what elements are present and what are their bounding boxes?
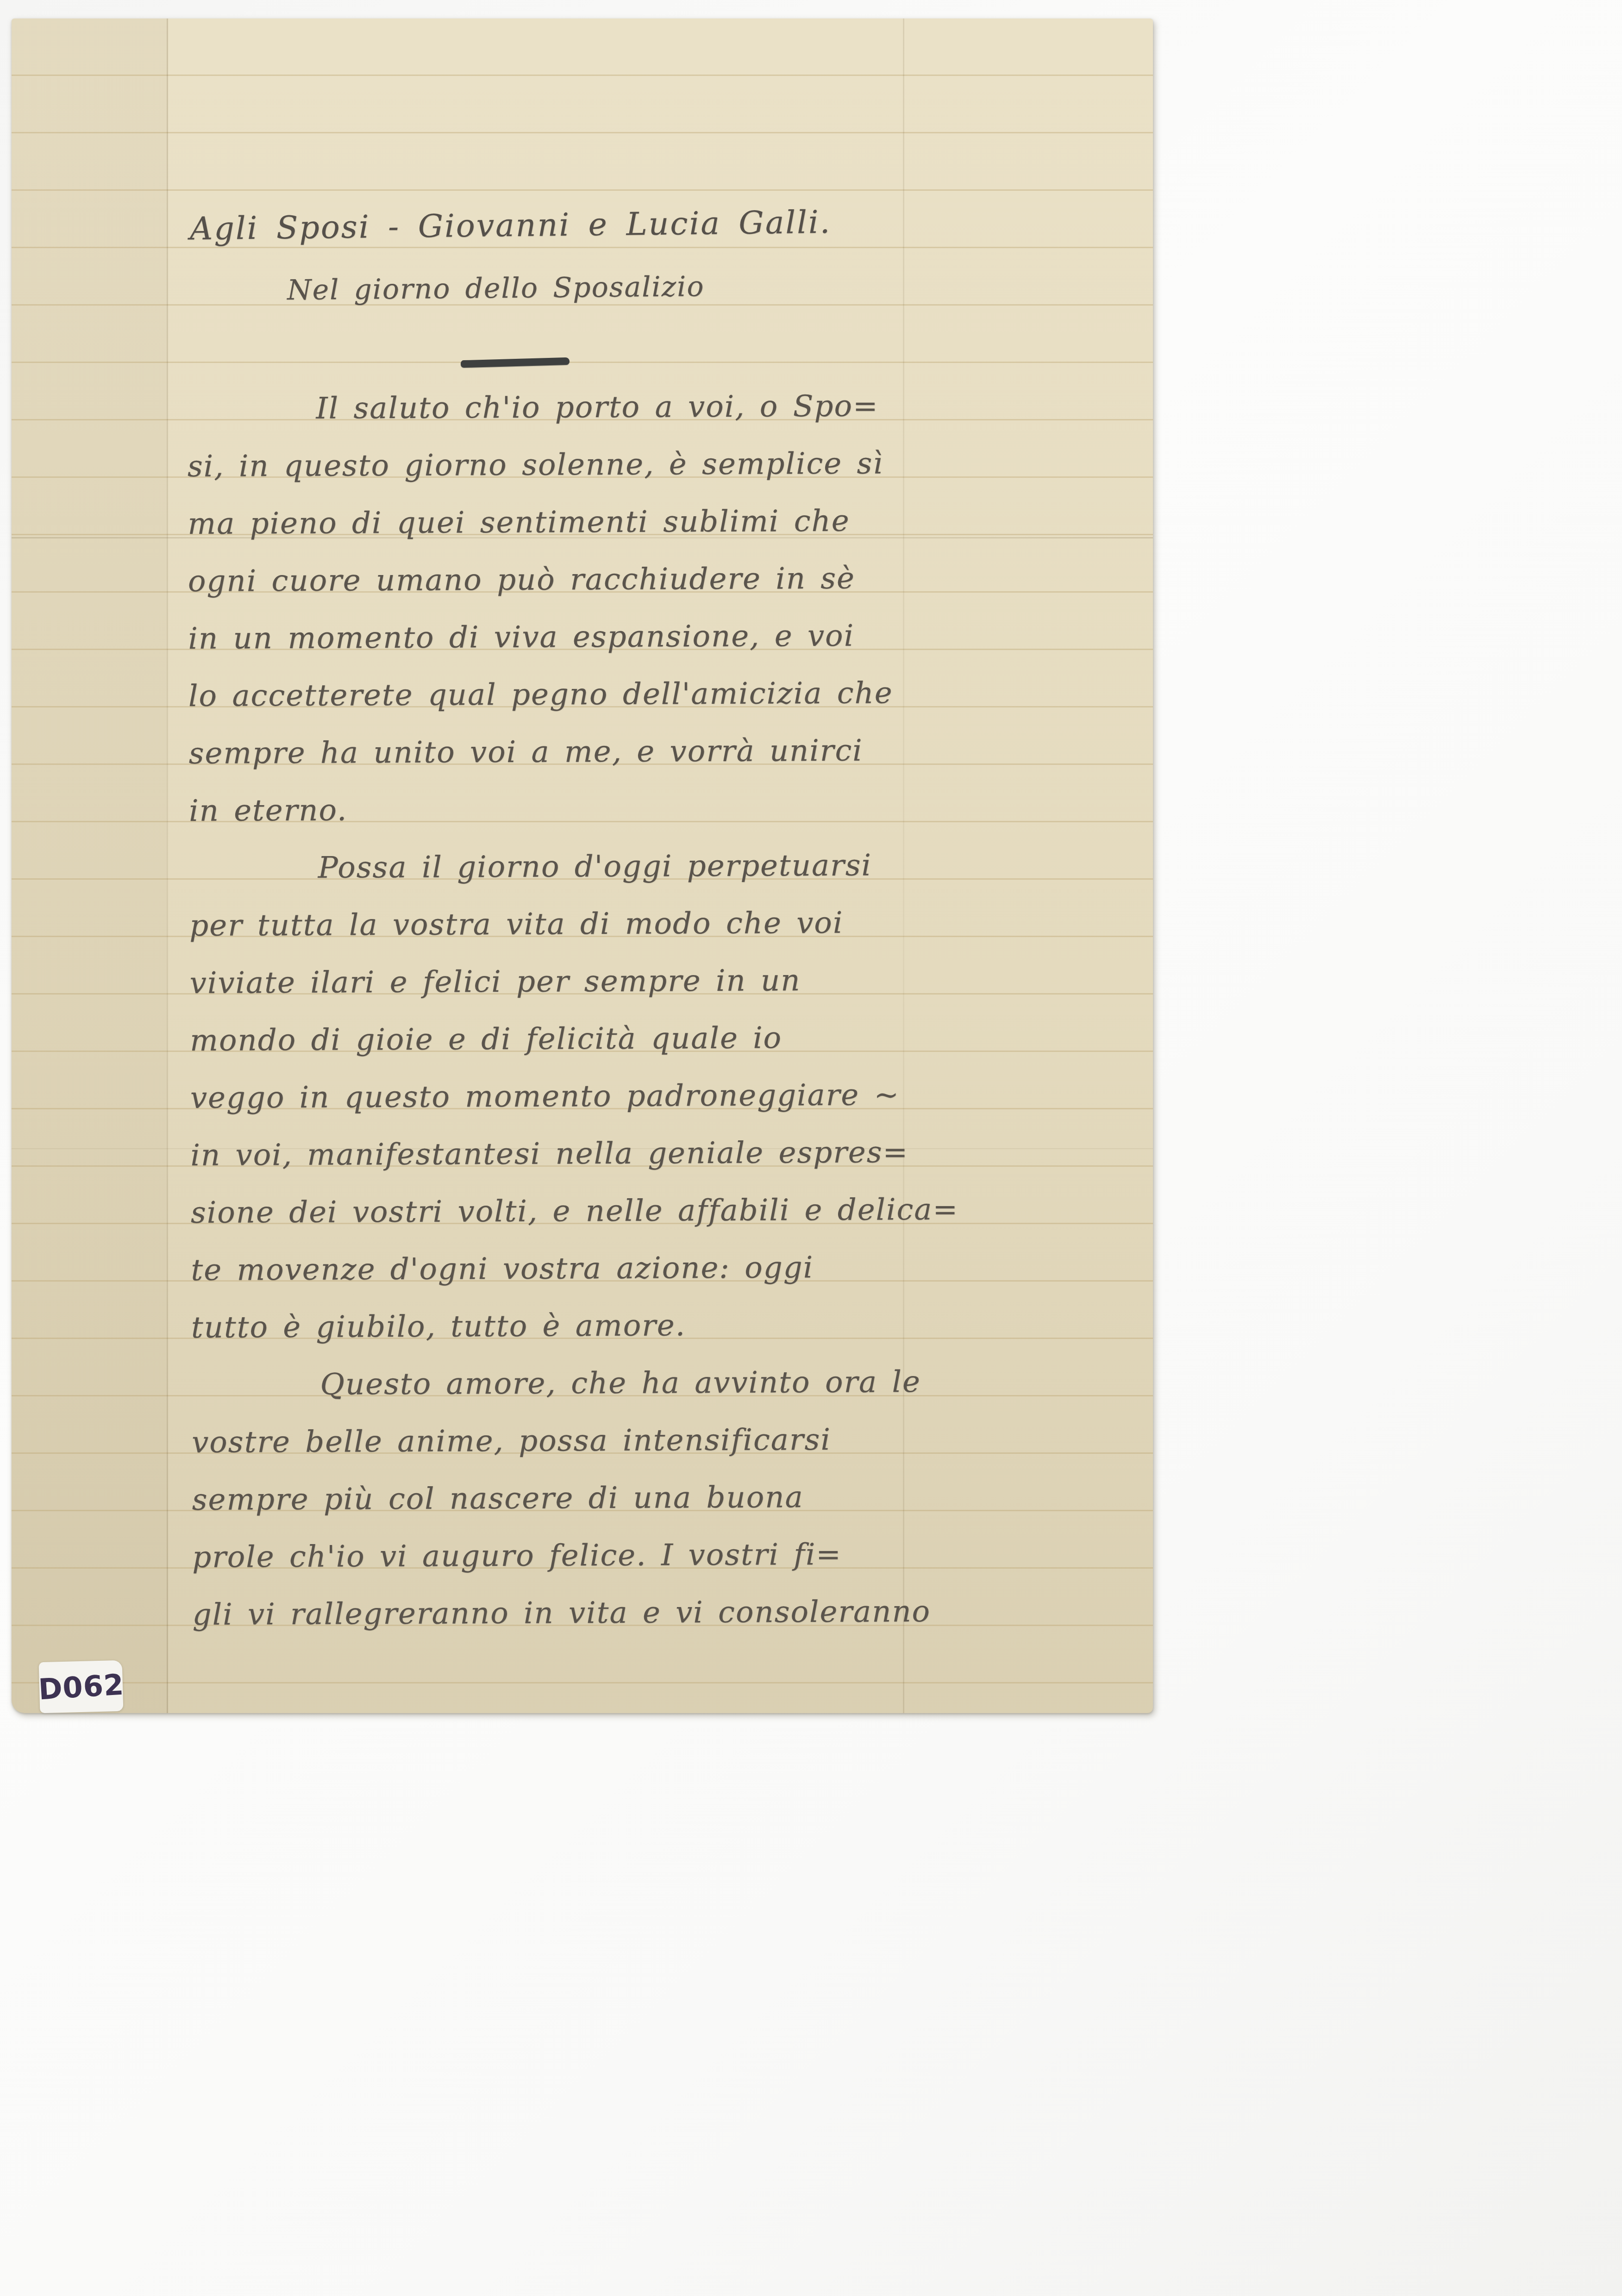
handwritten-line: veggo in questo momento padroneggiare ~	[190, 1066, 1024, 1127]
handwritten-line: per tutta la vostra vita di modo che voi	[189, 894, 1023, 955]
letter-heading-recipients: Agli Sposi - Giovanni e Lucia Galli.	[190, 204, 832, 248]
handwritten-line: ma pieno di quei sentimenti sublimi che	[188, 492, 1021, 553]
handwritten-line: te movenze d'ogni vostra azione: oggi	[191, 1238, 1025, 1299]
letter-heading-occasion: Nel giorno dello Sposalizio	[287, 270, 705, 307]
handwritten-line: prole ch'io vi auguro felice. I vostri f…	[192, 1525, 1026, 1586]
handwritten-line: Il saluto ch'io porto a voi, o Spo=	[187, 377, 1021, 438]
handwritten-line: tutto è giubilo, tutto è amore.	[191, 1295, 1025, 1357]
handwritten-line: sempre ha unito voi a me, e vorrà unirci	[188, 721, 1022, 782]
handwritten-line: in un momento di viva espansione, e voi	[188, 607, 1022, 668]
handwritten-line: in eterno.	[189, 779, 1023, 840]
heading-divider-ink-dash	[461, 357, 570, 368]
handwritten-line: sempre più col nascere di una buona	[192, 1468, 1026, 1529]
handwritten-line: Questo amore, che ha avvinto ora le	[191, 1353, 1025, 1414]
scan-background: Agli Sposi - Giovanni e Lucia Galli. Nel…	[0, 0, 1622, 2296]
handwritten-line: viviate ilari e felici per sempre in un	[189, 951, 1023, 1012]
handwritten-line: Possa il giorno d'oggi perpetuarsi	[189, 836, 1023, 897]
handwritten-line: in voi, manifestantesi nella geniale esp…	[190, 1123, 1024, 1184]
handwritten-line: ogni cuore umano può racchiudere in sè	[188, 549, 1022, 610]
handwritten-line: vostre belle anime, possa intensificarsi	[192, 1410, 1026, 1471]
handwritten-line: si, in questo giorno solenne, è semplice…	[188, 434, 1021, 495]
handwritten-line: mondo di gioie e di felicità quale io	[190, 1008, 1024, 1070]
archive-label-text: D062	[38, 1667, 125, 1706]
handwritten-line: lo accetterete qual pegno dell'amicizia …	[188, 664, 1022, 725]
archive-label-sticker: D062	[39, 1660, 124, 1714]
handwritten-line: gli vi rallegreranno in vita e vi consol…	[192, 1583, 1026, 1644]
fold-crease-vertical-left	[167, 19, 168, 1713]
letter-paper: Agli Sposi - Giovanni e Lucia Galli. Nel…	[12, 19, 1153, 1713]
handwritten-line: sione dei vostri volti, e nelle affabili…	[191, 1181, 1025, 1242]
letter-body: Il saluto ch'io porto a voi, o Spo=si, i…	[187, 377, 1026, 1644]
